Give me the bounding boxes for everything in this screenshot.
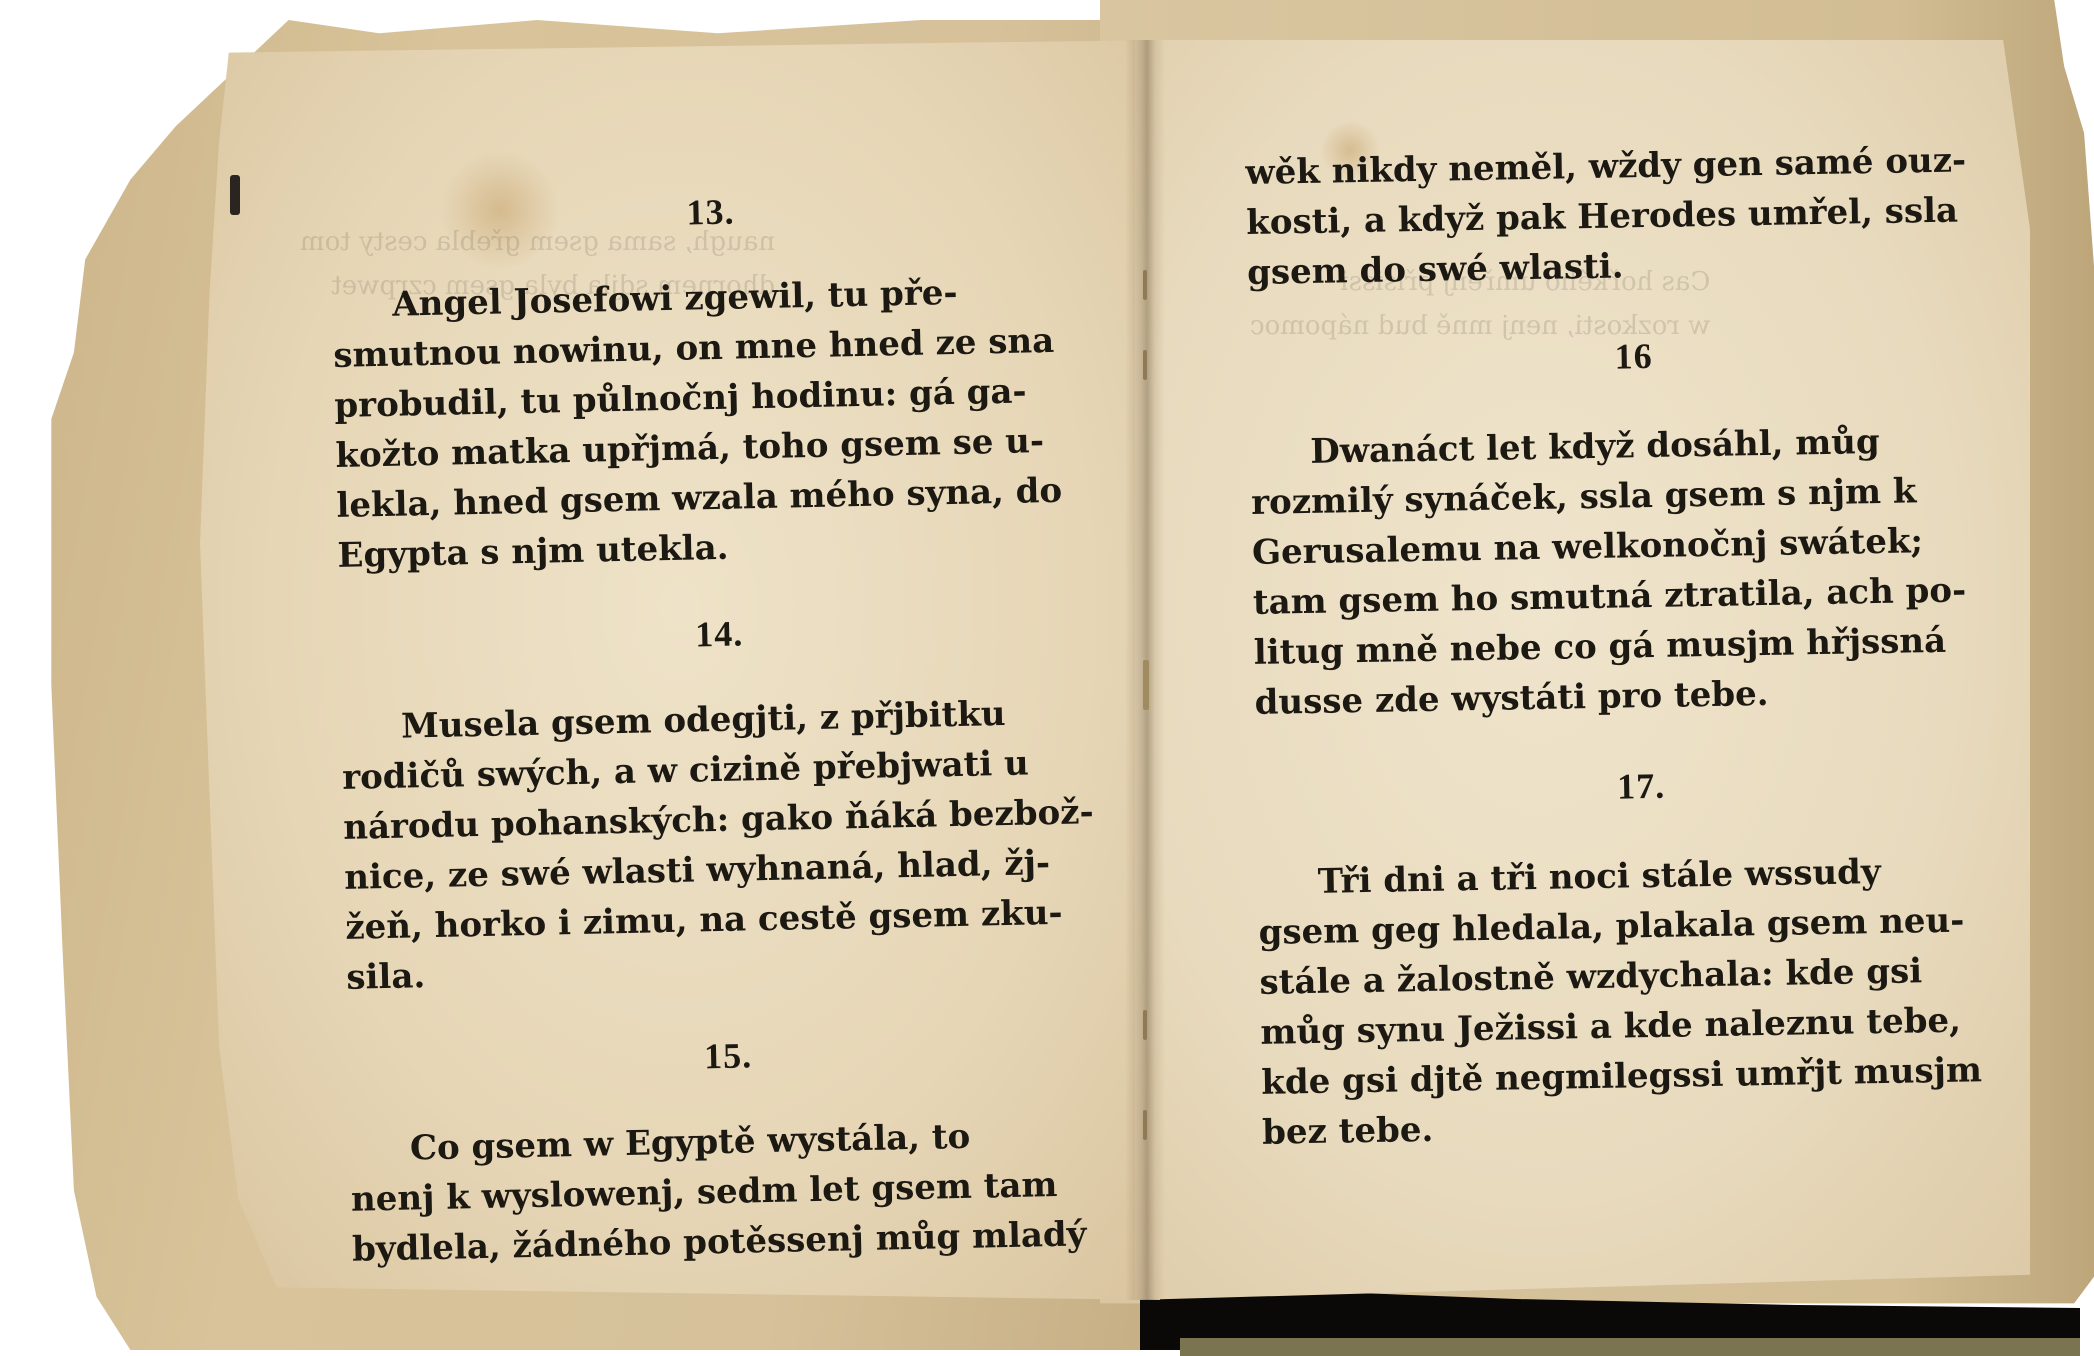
- binding-stitch: [1143, 1010, 1147, 1040]
- left-page-text: 13. Angel Josefowi zgewil, tu pře- smutn…: [330, 179, 1112, 1275]
- stanza-15: 15. Co gsem w Egyptě wystála, to nenj k …: [348, 1023, 1113, 1275]
- stanza-14: 14. Musela gsem odegjti, z přjbitku rodi…: [339, 601, 1107, 1003]
- binding-stitch: [1143, 270, 1147, 300]
- stanza-15-continuation: wěk nikdy neměl, wždy gen samé ouz- kost…: [1245, 135, 2018, 298]
- scanned-book-spread: naugh, sama gsem gřebla cesty tom dhorne…: [0, 0, 2094, 1356]
- ink-mark: [230, 175, 240, 215]
- binding-thread-knot: [1143, 660, 1149, 710]
- right-page-text: wěk nikdy neměl, wždy gen samé ouz- kost…: [1245, 135, 2033, 1158]
- stanza-17: 17. Tři dni a tři noci stále wssudy gsem…: [1256, 754, 2033, 1157]
- binding-stitch: [1143, 350, 1147, 380]
- stanza-16: 16 Dwanáct let když dosáhl, můg rozmilý …: [1248, 325, 2025, 728]
- stanza-13: 13. Angel Josefowi zgewil, tu pře- smutn…: [330, 179, 1098, 581]
- cover-bottom-edge: [1180, 1338, 2080, 1356]
- binding-stitch: [1143, 1110, 1147, 1140]
